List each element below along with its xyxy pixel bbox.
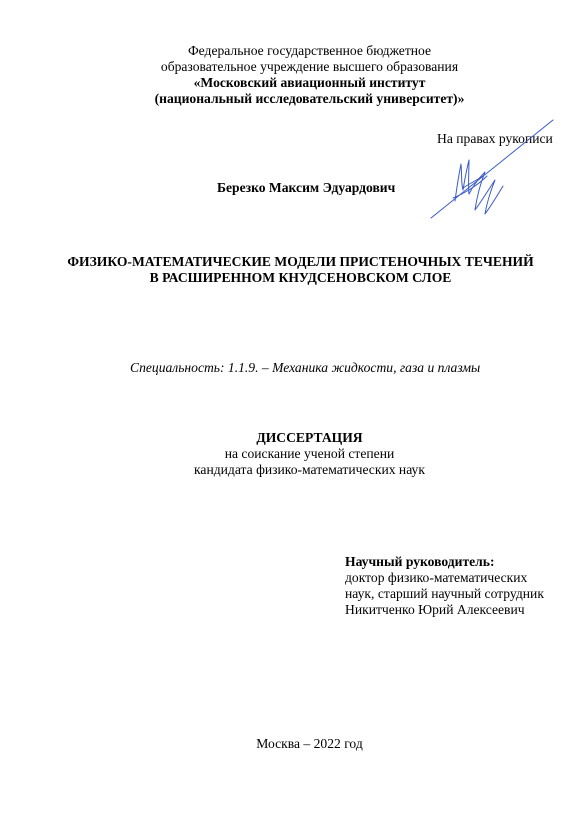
institution-line: Федеральное государственное бюджетное (18, 43, 583, 59)
supervisor-block: Научный руководитель: доктор физико-мате… (345, 554, 544, 618)
institution-header: Федеральное государственное бюджетное об… (18, 43, 583, 107)
dissertation-heading: ДИССЕРТАЦИЯ (18, 430, 583, 446)
dissertation-line: на соискание ученой степени (18, 446, 583, 462)
institution-line: образовательное учреждение высшего образ… (18, 59, 583, 75)
dissertation-block: ДИССЕРТАЦИЯ на соискание ученой степени … (18, 430, 583, 478)
thesis-title-line: В РАСШИРЕННОМ КНУДСЕНОВСКОМ СЛОЕ (18, 270, 583, 286)
thesis-title-line: ФИЗИКО-МАТЕМАТИЧЕСКИЕ МОДЕЛИ ПРИСТЕНОЧНЫ… (18, 254, 583, 270)
author-name: Березко Максим Эдуардович (217, 180, 395, 196)
institution-name-line: (национальный исследовательский универси… (18, 91, 583, 107)
supervisor-label: Научный руководитель: (345, 554, 544, 570)
signature-icon (425, 116, 565, 226)
institution-name-line: «Московский авиационный институт (18, 75, 583, 91)
supervisor-line: доктор физико-математических (345, 570, 544, 586)
supervisor-name: Никитченко Юрий Алексеевич (345, 602, 544, 618)
specialty: Специальность: 1.1.9. – Механика жидкост… (130, 360, 480, 376)
dissertation-line: кандидата физико-математических наук (18, 462, 583, 478)
thesis-title: ФИЗИКО-МАТЕМАТИЧЕСКИЕ МОДЕЛИ ПРИСТЕНОЧНЫ… (18, 254, 583, 286)
supervisor-line: наук, старший научный сотрудник (345, 586, 544, 602)
city-year: Москва – 2022 год (18, 736, 583, 752)
